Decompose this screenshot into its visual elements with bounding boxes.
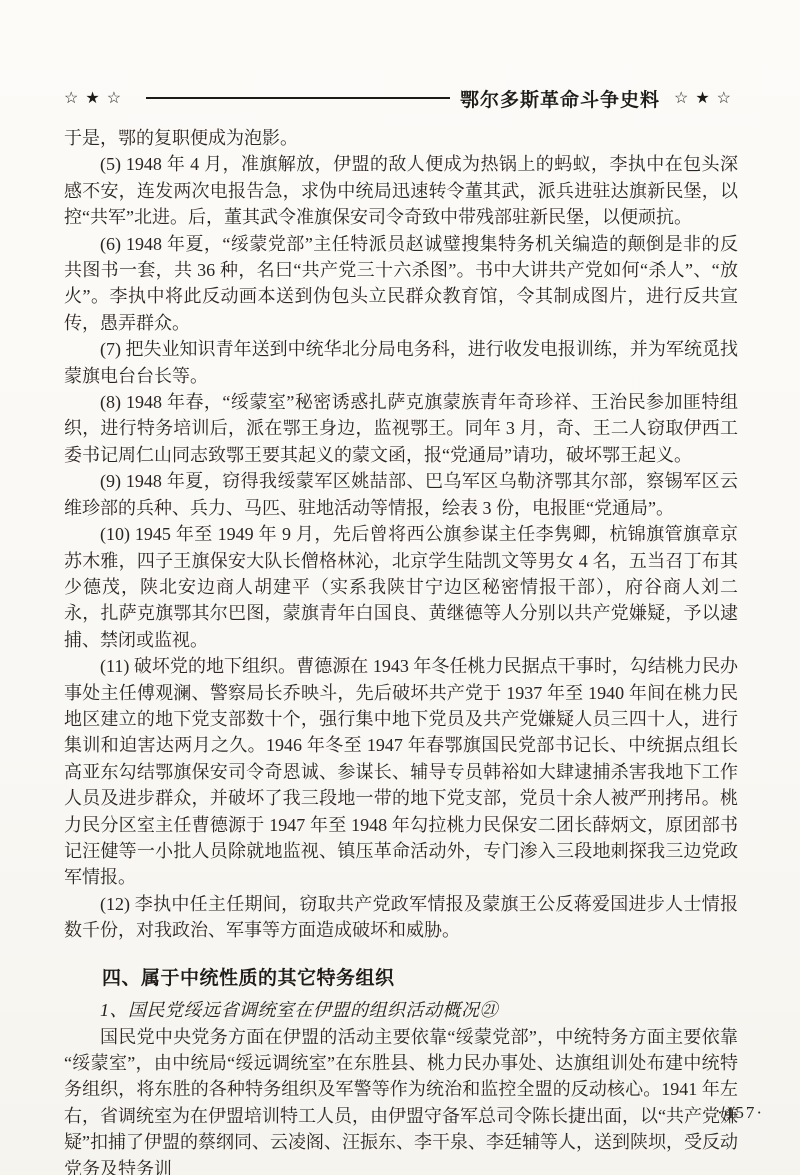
paragraph-item-9: (9) 1948 年夏，窃得我绥蒙军区姚喆部、巴乌军区乌勒济鄂其尔部，察锡军区云… [64, 468, 738, 521]
subsection-heading: 1、国民党绥远省调统室在伊盟的组织活动概况㉑ [64, 996, 738, 1024]
paragraph-closing: 国民党中央党务方面在伊盟的活动主要依靠“绥蒙党部”，中统特务方面主要依靠“绥蒙室… [64, 1024, 738, 1175]
header-stars-left: ☆★☆ [64, 89, 128, 107]
paragraph-continuation: 于是，鄂的复职便成为泡影。 [64, 125, 738, 151]
paragraph-item-7: (7) 把失业知识青年送到中统华北分局电务科，进行收发电报训练，并为军统觅找蒙旗… [64, 336, 738, 389]
page-number: ·457· [717, 1103, 764, 1123]
scanned-book-page: ☆★☆ 鄂尔多斯革命斗争史料 ☆★☆ 于是，鄂的复职便成为泡影。 (5) 194… [0, 0, 800, 1175]
header-title: 鄂尔多斯革命斗争史料 [460, 85, 660, 112]
paragraph-item-10: (10) 1945 年至 1949 年 9 月，先后曾将西公旗参谋主任李隽卿，杭… [64, 521, 738, 653]
paragraph-item-11: (11) 破坏党的地下组织。曹德源在 1943 年冬任桃力民据点干事时，勾结桃力… [64, 653, 738, 891]
page-body: 于是，鄂的复职便成为泡影。 (5) 1948 年 4 月，准旗解放，伊盟的敌人便… [64, 125, 738, 1175]
running-head: ☆★☆ 鄂尔多斯革命斗争史料 ☆★☆ [64, 86, 738, 110]
paragraph-item-5: (5) 1948 年 4 月，准旗解放，伊盟的敌人便成为热锅上的蚂蚁，李执中在包… [64, 151, 738, 230]
header-stars-right: ☆★☆ [674, 89, 738, 107]
section-heading: 四、属于中统性质的其它特务组织 [64, 965, 738, 993]
paragraph-item-8: (8) 1948 年春，“绥蒙室”秘密诱惑扎萨克旗蒙族青年奇珍祥、王治民参加匪特… [64, 389, 738, 468]
header-rule [146, 97, 450, 99]
paragraph-item-12: (12) 李执中任主任期间，窃取共产党政军情报及蒙旗王公反蒋爱国进步人士情报数千… [64, 891, 738, 944]
paragraph-item-6: (6) 1948 年夏，“绥蒙党部”主任特派员赵诚璧搜集特务机关编造的颠倒是非的… [64, 231, 738, 337]
